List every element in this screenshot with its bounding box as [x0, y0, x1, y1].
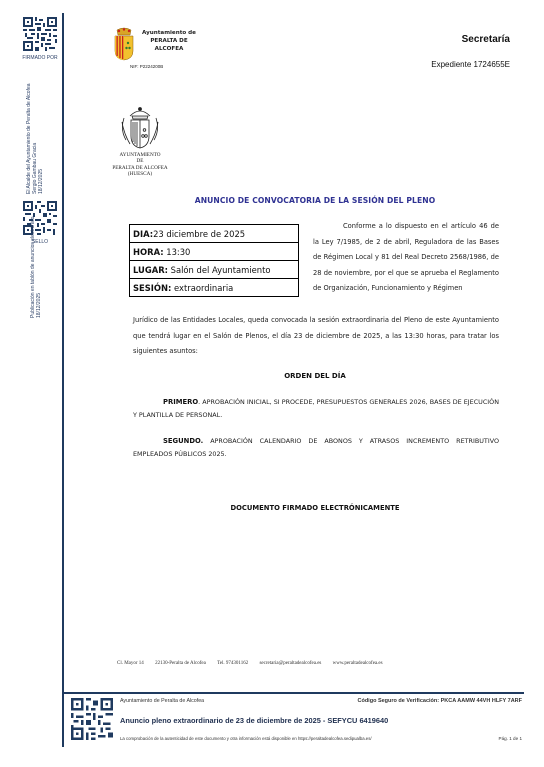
department-label: Secretaría [462, 34, 510, 45]
footer-rule [62, 692, 524, 694]
signed-notice: DOCUMENTO FIRMADO ELECTRÓNICAMENTE [120, 504, 510, 512]
info-label-time: HORA: [133, 247, 164, 257]
agenda-item-2: SEGUNDO. APROBACIÓN CALENDARIO DE ABONOS… [133, 435, 499, 461]
header-org-line: Ayuntamiento de [138, 29, 200, 37]
header-org-line: ALCOFEA [138, 45, 200, 53]
address-street: Cl. Mayor 14 [117, 661, 144, 666]
info-value-day: 23 diciembre de 2025 [153, 229, 245, 239]
page-number: Pág. 1 de 1 [499, 736, 523, 741]
info-label-day: DIA: [133, 229, 153, 239]
signature-qr-code-icon[interactable] [23, 17, 57, 51]
signature-details: El Alcalde del Ayuntamiento de Peralta d… [26, 64, 44, 194]
address-city: 22130-Peralta de Alcofea [155, 661, 206, 666]
header-org-line: PERALTA DE [138, 37, 200, 45]
nif-number: NIF: P2224200B [130, 64, 163, 69]
body-paragraph-text: Jurídico de las Entidades Locales, queda… [133, 316, 499, 355]
table-row: DIA:23 diciembre de 2025 [130, 225, 299, 243]
body-paragraph-convocation: Jurídico de las Entidades Locales, queda… [133, 313, 499, 360]
crest-caption: AYUNTAMIENTO DE PERALTA DE ALCOFEA (HUES… [90, 152, 190, 177]
verification-note[interactable]: La comprobación de la autenticidad de es… [120, 736, 372, 741]
table-row: HORA: 13:30 [130, 243, 299, 261]
session-info-table: DIA:23 diciembre de 2025 HORA: 13:30 LUG… [129, 224, 299, 297]
signature-label: FIRMADO POR [20, 55, 60, 61]
table-row: LUGAR: Salón del Ayuntamiento [130, 261, 299, 279]
address-phone: Tel. 974301162 [217, 661, 248, 666]
address-bar: Cl. Mayor 14 22130-Peralta de Alcofea Te… [117, 661, 393, 666]
seal-qr-code-icon[interactable] [23, 201, 57, 235]
footer-document-title: Anuncio pleno extraordinario de 23 de di… [120, 716, 388, 725]
body-paragraph-intro: Conforme a lo dispuesto en el artículo 4… [313, 219, 499, 297]
seal-details: Publicación en tablón de anuncios electr… [30, 248, 42, 318]
info-value-place: Salón del Ayuntamiento [168, 265, 271, 275]
address-email-link[interactable]: secretaria@peraltadealcofea.es [259, 661, 321, 666]
footer-organization: Ayuntamiento de Peralta de Alcofea [120, 698, 204, 704]
info-label-session: SESIÓN: [133, 283, 171, 293]
info-value-session: extraordinaria [171, 283, 233, 293]
info-value-time: 13:30 [164, 247, 191, 257]
agenda-item-1: PRIMERO. APROBACIÓN INICIAL, SI PROCEDE,… [133, 396, 499, 422]
expediente-number: Expediente 1724655E [431, 60, 510, 69]
table-row: SESIÓN: extraordinaria [130, 279, 299, 297]
verification-qr-code-icon[interactable] [71, 698, 113, 740]
header-organization: Ayuntamiento de PERALTA DE ALCOFEA [138, 29, 200, 53]
crest-caption-line: (HUESCA) [90, 171, 190, 177]
seal-label: SELLO [20, 239, 60, 245]
agenda-heading: ORDEN DEL DÍA [120, 372, 510, 380]
verification-code: Código Seguro de Verificación: PKCA AAMW… [357, 698, 522, 704]
margin-rule-vertical [62, 13, 64, 693]
info-label-place: LUGAR: [133, 265, 168, 275]
agenda-item-ordinal: SEGUNDO. [163, 437, 203, 445]
address-web-link[interactable]: www.peraltadealcofea.es [333, 661, 383, 666]
margin-rule-vertical-bottom [62, 692, 64, 747]
agenda-item-ordinal: PRIMERO [163, 398, 198, 406]
municipal-shield-icon [113, 27, 135, 61]
seal-date: 18/12/2025 [36, 248, 42, 318]
signature-date: 18/12/2025 [38, 64, 44, 194]
document-title: ANUNCIO DE CONVOCATORIA DE LA SESIÓN DEL… [120, 196, 510, 205]
coat-of-arms-icon [118, 104, 162, 152]
